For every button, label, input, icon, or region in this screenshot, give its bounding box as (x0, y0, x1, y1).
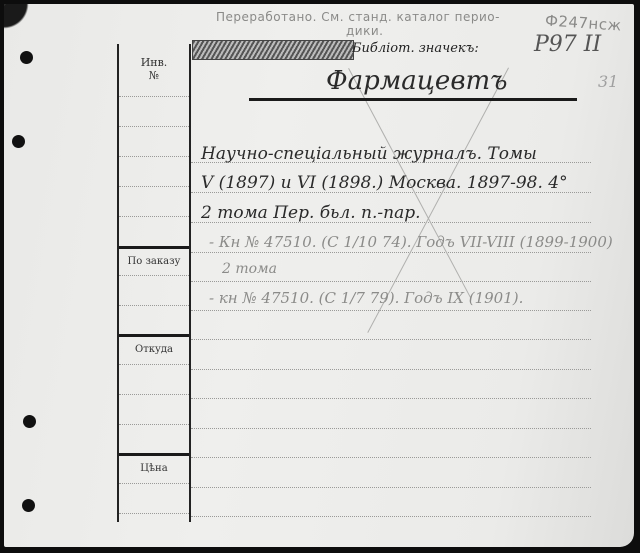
dotted-line (119, 424, 189, 425)
ruled-line (191, 369, 591, 370)
ruled-line (191, 252, 591, 253)
catalog-card: Инв. № По заказу Откуда Цѣна Переработан… (4, 4, 634, 547)
journal-title: Фармацевтъ (326, 66, 507, 96)
dotted-line (119, 156, 189, 157)
dotted-line (119, 216, 189, 217)
reprocessed-note-continuation: дики. (346, 24, 383, 38)
dotted-line (119, 186, 189, 187)
ruled-line (191, 310, 591, 311)
ruled-line (191, 516, 591, 517)
ruled-line (191, 398, 591, 399)
source-label: Откуда (119, 344, 189, 355)
reprocessed-note: Переработано. См. станд. каталог перио- (216, 10, 500, 24)
section-divider (119, 246, 189, 249)
ruled-line (191, 428, 591, 429)
dotted-line (119, 483, 189, 484)
title-underline (249, 98, 577, 101)
inv-label: Инв. № (119, 56, 189, 82)
dotted-line (119, 513, 189, 514)
library-mark-value: Р97 II (534, 32, 601, 57)
order-label: По заказу (119, 256, 189, 267)
ruled-line (191, 457, 591, 458)
holdings-addition: - Кн № 47510. (С 1/10 74). Годъ VII-VIII… (209, 233, 613, 251)
holdings-addition: 2 тома (222, 261, 277, 277)
dotted-line (119, 96, 189, 97)
left-column-border (117, 44, 119, 522)
section-divider (119, 334, 189, 337)
description-line: V (1897) и VI (1898.) Москва. 1897-98. 4… (201, 173, 568, 193)
holdings-addition: - кн № 47510. (С 1/7 79). Годъ IX (1901)… (209, 289, 523, 307)
punch-hole (22, 499, 35, 512)
ruled-line (191, 339, 591, 340)
right-column-border (189, 44, 191, 522)
section-divider (119, 453, 189, 456)
punch-hole (23, 415, 36, 428)
dotted-line (119, 305, 189, 306)
description-line: Научно-спеціальный журналъ. Томы (201, 144, 537, 164)
inv-number-sign: № (119, 69, 189, 82)
dotted-line (119, 275, 189, 276)
dotted-line (119, 126, 189, 127)
ruled-line (191, 487, 591, 488)
struck-out-stamp (192, 40, 354, 60)
ruled-line (191, 281, 591, 282)
dotted-line (119, 394, 189, 395)
pencil-number: 31 (598, 72, 618, 91)
price-label: Цѣна (119, 463, 189, 474)
library-mark-label: Библіот. значекъ: (352, 41, 479, 56)
torn-corner (4, 4, 32, 34)
punch-hole (20, 51, 33, 64)
punch-hole (12, 135, 25, 148)
inv-label-text: Инв. (119, 56, 189, 69)
dotted-line (119, 364, 189, 365)
description-line: 2 тома Пер. бьл. п.-пар. (201, 203, 421, 223)
